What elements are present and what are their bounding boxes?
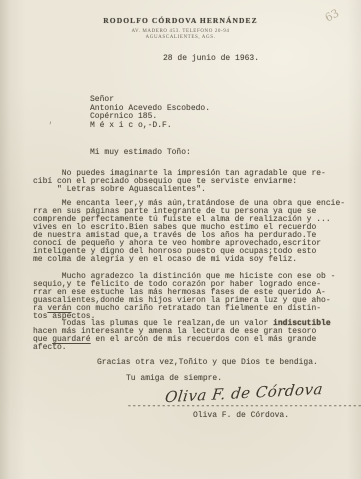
paragraph: Todas las plumas que le realzan,de un va… xyxy=(33,320,331,352)
letter-line: " Letras sobre Aguascalientes". xyxy=(33,186,326,194)
letterhead-city: AGUASCALIENTES, AGS. xyxy=(0,35,361,40)
paragraph: No puedes imaginarte la impresión tan ag… xyxy=(33,170,326,194)
letter-line: que guardaré en el arcón de mis recuerdo… xyxy=(33,336,331,344)
closing-thanks: Gracias otra vez,Toñito y que Dios te be… xyxy=(97,359,318,367)
letter-line: M é x i c o,-D.F. xyxy=(90,122,210,131)
date-line: 28 de junio de 1963. xyxy=(163,55,259,63)
letterhead-address: AV. MADERO 453. TELEFONO 20-94 xyxy=(0,29,361,34)
paragraph: Me encanta leer,y más aún,tratándose de … xyxy=(33,200,345,264)
letterhead-name: RODOLFO CÓRDOVA HERNÁNDEZ xyxy=(0,16,361,25)
letter-page: 63 RODOLFO CÓRDOVA HERNÁNDEZ AV. MADERO … xyxy=(0,0,361,479)
closing-valediction: Tu amiga de siempre. xyxy=(126,375,222,383)
letterhead: RODOLFO CÓRDOVA HERNÁNDEZ AV. MADERO 453… xyxy=(0,16,361,40)
letter-line: me colma de alegría y en el ocaso de mi … xyxy=(33,256,345,264)
recipient-block: SeñorAntonio Acevedo Escobedo.Copérnico … xyxy=(90,96,210,130)
paragraph: Mucho agradezco la distinción que me hic… xyxy=(33,273,335,321)
stray-pencil-mark: ' xyxy=(46,121,53,132)
salutation: Mi muy estimado Toño: xyxy=(90,149,191,157)
signature-typed: Oliva F. de Córdova. xyxy=(193,412,289,420)
letter-line: afecto. xyxy=(33,344,331,352)
signature-rule: ----------------------------------------… xyxy=(127,403,361,411)
